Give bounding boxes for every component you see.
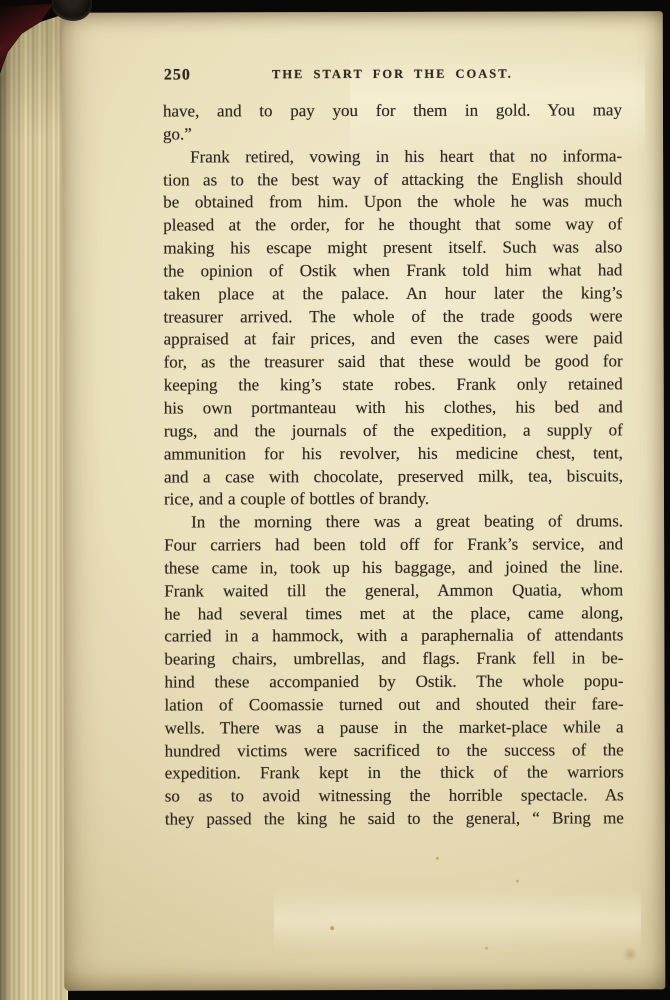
text-line: they passed the king he said to the gene… [165, 807, 624, 831]
text-line: the opinion of Ostik when Frank told him… [163, 259, 622, 283]
paragraph: have, and to pay you for them in gold. Y… [163, 99, 622, 146]
paper-stain [622, 947, 638, 961]
text-line: rugs, and the journals of the expedition… [164, 419, 623, 443]
text-line: rice, and a couple of bottles of brandy. [164, 488, 623, 512]
text-line: and a case with chocolate, preserved mil… [164, 465, 623, 489]
text-line: so as to avoid witnessing the horrible s… [165, 785, 624, 809]
text-line: wells. There was a pause in the market-p… [165, 716, 624, 740]
paper-speck [516, 880, 519, 883]
text-line: hundred victims were sacrificed to the s… [165, 739, 624, 763]
text-line: keeping the king’s state robes. Frank on… [164, 373, 623, 397]
scan-light-band [274, 889, 641, 950]
paper-speck [485, 947, 488, 950]
page-header-row: 250 THE START FOR THE COAST. [163, 65, 622, 83]
text-line: for, as the treasurer said that these wo… [164, 351, 623, 375]
text-line: his own portmanteau with his clothes, hi… [164, 396, 623, 420]
text-line: be obtained from him. Upon the whole he … [163, 191, 622, 215]
text-line: Four carriers had been told off for Fran… [164, 533, 623, 557]
book-page: 250 THE START FOR THE COAST. have, and t… [62, 11, 666, 991]
text-line: expedition. Frank kept in the thick of t… [165, 762, 624, 786]
text-line: Frank retired, vowing in his heart that … [163, 145, 622, 169]
text-line: he had several times met at the place, c… [164, 602, 623, 626]
page-edges-stack [0, 0, 68, 1000]
text-line: hind these accompanied by Ostik. The who… [164, 670, 623, 694]
running-header: THE START FOR THE COAST. [163, 65, 622, 83]
text-line: Frank waited till the general, Ammon Qua… [164, 579, 623, 603]
paragraph: In the morning there was a great beating… [164, 511, 624, 832]
text-line: these came in, took up his baggage, and … [164, 556, 623, 580]
text-line: have, and to pay you for them in gold. Y… [163, 99, 622, 123]
page-number: 250 [164, 66, 191, 83]
text-line: In the morning there was a great beating… [164, 511, 623, 535]
paragraph: Frank retired, vowing in his heart that … [163, 145, 623, 512]
text-line: carried in a hammock, with a paraphernal… [164, 625, 623, 649]
page-content: 250 THE START FOR THE COAST. have, and t… [163, 11, 624, 831]
text-line: taken place at the palace. An hour later… [163, 282, 622, 306]
text-line: lation of Coomassie turned out and shout… [165, 693, 624, 717]
text-line: go.” [163, 122, 622, 146]
text-line: appraised at fair prices, and even the c… [164, 328, 623, 352]
paper-speck [330, 926, 334, 930]
text-line: treasurer arrived. The whole of the trad… [163, 305, 622, 329]
text-line: pleased at the order, for he thought tha… [163, 214, 622, 238]
book-scan: 250 THE START FOR THE COAST. have, and t… [0, 0, 670, 1000]
paper-speck [436, 857, 439, 860]
page-body: have, and to pay you for them in gold. Y… [163, 99, 624, 831]
text-line: bearing chairs, umbrellas, and flags. Fr… [164, 648, 623, 672]
text-line: tion as to the best way of attacking the… [163, 168, 622, 192]
text-line: ammunition for his revolver, his medicin… [164, 442, 623, 466]
text-line: making his escape might present itself. … [163, 236, 622, 260]
